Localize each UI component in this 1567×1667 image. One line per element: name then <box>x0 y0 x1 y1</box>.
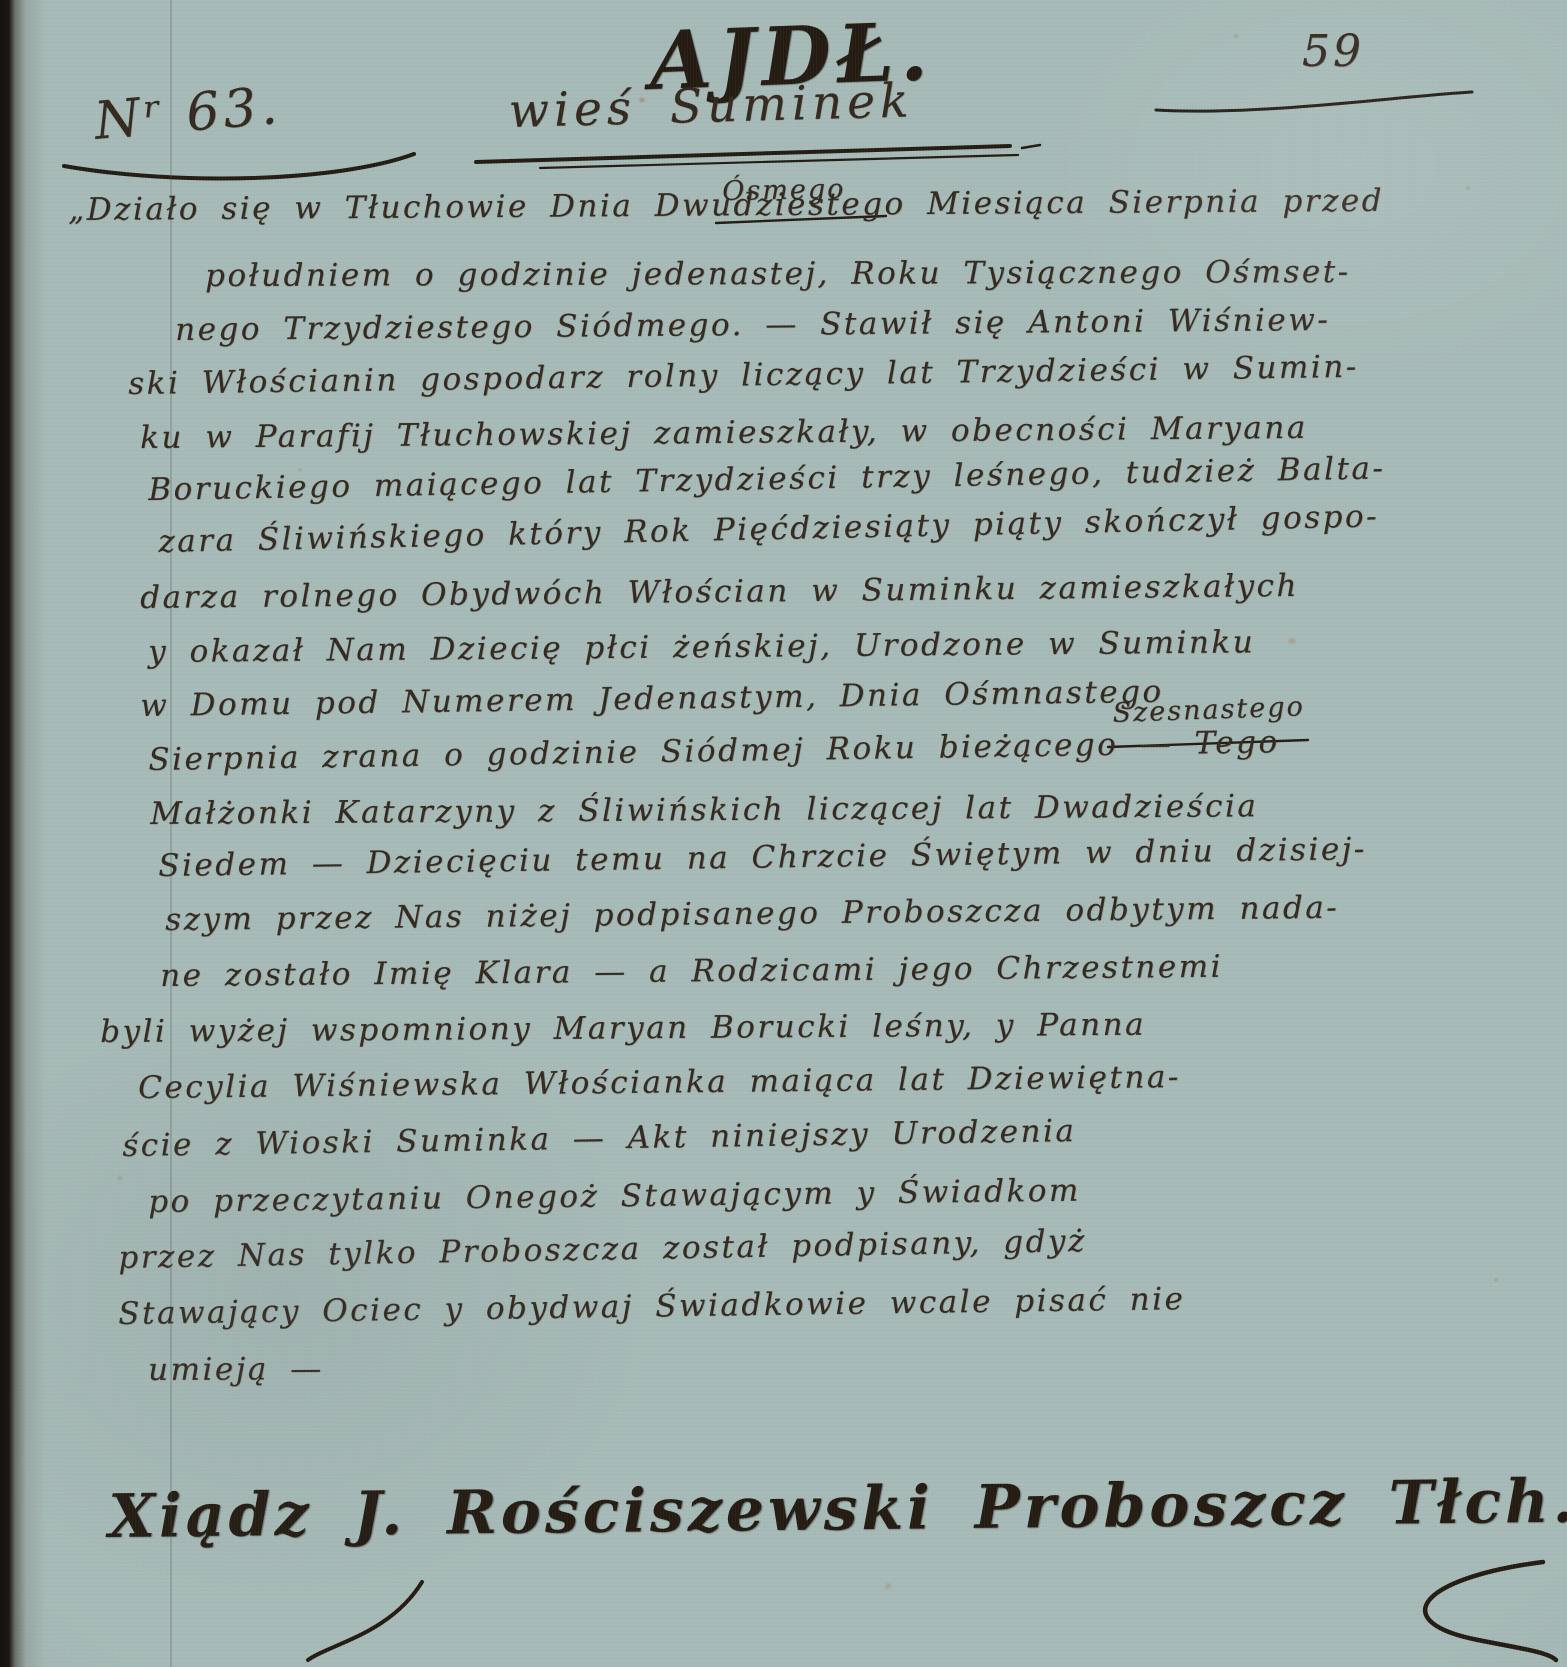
manuscript-line: szym przez Nas niżej podpisanego Probosz… <box>165 890 1339 938</box>
manuscript-line: Stawający Ociec y obydwaj Świadkowie wca… <box>118 1281 1186 1332</box>
manuscript-line: w Domu pod Numerem Jedenastym, Dnia Ośmn… <box>140 674 1164 724</box>
manuscript-line: Boruckiego maiącego lat Trzydzieści trzy… <box>148 450 1386 508</box>
manuscript-line: południem o godzinie jedenastej, Roku Ty… <box>205 254 1351 294</box>
record-number: Nʳ 63. <box>92 76 283 152</box>
manuscript-line: Małżonki Katarzyny z Śliwińskich liczące… <box>150 788 1258 832</box>
manuscript-line: ne zostało Imię Klara — a Rodzicami jego… <box>160 949 1223 994</box>
manuscript-line: „Działo się w Tłuchowie Dnia Dwudziesteg… <box>68 183 1384 228</box>
manuscript-line: Sierpnia zrana o godzinie Siódmej Roku b… <box>148 724 1280 778</box>
manuscript-line: ście z Wioski Suminka — Akt niniejszy Ur… <box>122 1113 1077 1164</box>
manuscript-line: przez Nas tylko Proboszcza został podpis… <box>118 1223 1087 1276</box>
book-binding-edge <box>0 0 46 1667</box>
manuscript-line: nego Trzydziestego Siódmego. — Stawił si… <box>175 302 1330 348</box>
page-number: 59 <box>1302 26 1364 77</box>
page-number-underline <box>1150 84 1480 118</box>
manuscript-line: Cecylia Wiśniewska Włościanka maiąca lat… <box>138 1059 1181 1106</box>
manuscript-line: umieją — <box>148 1351 324 1388</box>
manuscript-line: zara Śliwińskiego który Rok Pięćdziesiąt… <box>158 498 1379 560</box>
manuscript-line: po przeczytaniu Onegoż Stawającym y Świa… <box>148 1173 1081 1220</box>
village-title: wieś Suminek <box>508 73 914 139</box>
manuscript-line: ku w Parafij Tłuchowskiej zamieszkały, w… <box>140 410 1308 456</box>
manuscript-line: ski Włościanin gospodarz rolny liczący l… <box>128 349 1359 402</box>
manuscript-line: darza rolnego Obydwóch Włościan w Sumink… <box>140 568 1299 616</box>
manuscript-line: y okazał Nam Dziecię płci żeńskiej, Urod… <box>148 624 1255 670</box>
signature-paraph-flourish <box>1358 1556 1563 1666</box>
signature-descender-flourish <box>300 1578 440 1666</box>
village-title-underline <box>470 138 1050 172</box>
manuscript-line: byli wyżej wspomniony Maryan Borucki leś… <box>100 1007 1146 1050</box>
margin-crease <box>170 0 172 1667</box>
priest-signature: Xiądz J. Rościszewski Proboszcz Tłch. <box>108 1467 1567 1552</box>
manuscript-line: Siedem — Dziecięciu temu na Chrzcie Świę… <box>158 831 1367 884</box>
record-number-underline <box>58 148 428 192</box>
manuscript-page: AJDŁ. 59 Nʳ 63. wieś Suminek Ósmego Szes… <box>0 0 1567 1667</box>
